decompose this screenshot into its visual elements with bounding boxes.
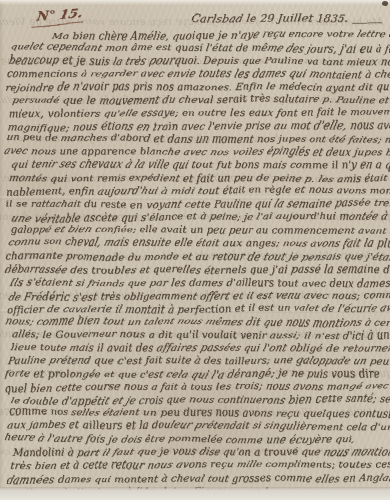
handwriting-line: débarrassée des troubles et querelles ét… [3, 265, 390, 276]
handwriting-line: le double d'appétit et je crois que nous… [10, 394, 390, 408]
handwriting-line: comme nos selles étaient un peu dures no… [8, 407, 390, 421]
handwriting-line: il se rattachait du reste en voyant cett… [4, 198, 390, 211]
handwriting-line: magnifique; nous étions en train avec l'… [7, 120, 390, 134]
handwriting-line: commencions à regarder avec envie toutes… [6, 68, 390, 80]
handwriting-line: Ils s'étaient si friands que par les dam… [10, 277, 390, 289]
handwriting-line: allés; le Gouverneur nous a dit qu'il vo… [11, 329, 390, 342]
handwriting-line: connu son cheval, mais ensuite elle étai… [7, 238, 390, 251]
handwriting-line: persuadé que le mouvement du cheval sera… [11, 94, 390, 106]
handwriting-line: qui tenir ses chevaux à la ville qui tou… [10, 160, 390, 172]
handwriting-line: heure à l'autre fois je dois être pommel… [4, 434, 354, 446]
scanned-letter-page: Ma bien chère Amélie, quoique je n'aye r… [0, 0, 390, 500]
handwriting-line: quel bien cette course nous a fait à tou… [3, 381, 390, 394]
handwriting-line: avec nous une apparence blanche avec nos… [3, 146, 390, 159]
handwriting-line: lieue toute mais il avait des affaires p… [9, 343, 390, 355]
handwriting-layer: Ma bien chère Amélie, quoique je n'aye r… [0, 0, 390, 500]
page-top-edge [0, 0, 390, 5]
handwriting-line: nablement, enfin aujourd'hui à midi tout… [6, 186, 390, 198]
handwriting-line: Ma bien chère Amélie, quoique je n'aye r… [51, 28, 390, 41]
dateline: Carlsbad le 29 Juillet 1835. [191, 11, 350, 25]
handwriting-line: quelet cependant mon âme est quasi l'éta… [10, 41, 390, 55]
handwriting-line: aux jambes et ailleurs et la douleur pré… [6, 420, 390, 433]
handwriting-line: montés qui vont remis expédient et fait … [8, 173, 390, 184]
handwriting-line: de Frédéric s'est très obligeamment offe… [8, 290, 390, 303]
handwriting-line: Mandolini à part il faut que je vous dis… [11, 447, 390, 458]
handwriting-line: beaucoup et je suis la très pourquoi. De… [8, 55, 390, 68]
page-left-edge [0, 0, 4, 500]
handwriting-line: charmante promenade du monde et au retou… [5, 251, 390, 263]
handwriting-line: Pauline prétend que c'est fait suite à d… [7, 356, 390, 367]
handwriting-line: très bien et à cette retour nous avons r… [9, 460, 390, 472]
handwriting-line: forte et prolongée et que c'est cela qui… [5, 369, 380, 381]
page-bottom-edge [0, 487, 390, 500]
handwriting-line: mieux, volontiers qu'elle essaye; en out… [9, 107, 390, 120]
handwriting-line: rejoindre de n'avoir pas pris nos amazon… [4, 82, 390, 93]
handwriting-line: galoppé et bien confiée; elle avait un p… [9, 224, 390, 238]
handwriting-line: officier de cavalerie il montait à perfe… [6, 303, 390, 316]
handwriting-line: nous; comme bien tout un talent nous mêm… [4, 316, 390, 330]
handwriting-line: damnées dames qui montent à cheval tout … [7, 473, 390, 486]
